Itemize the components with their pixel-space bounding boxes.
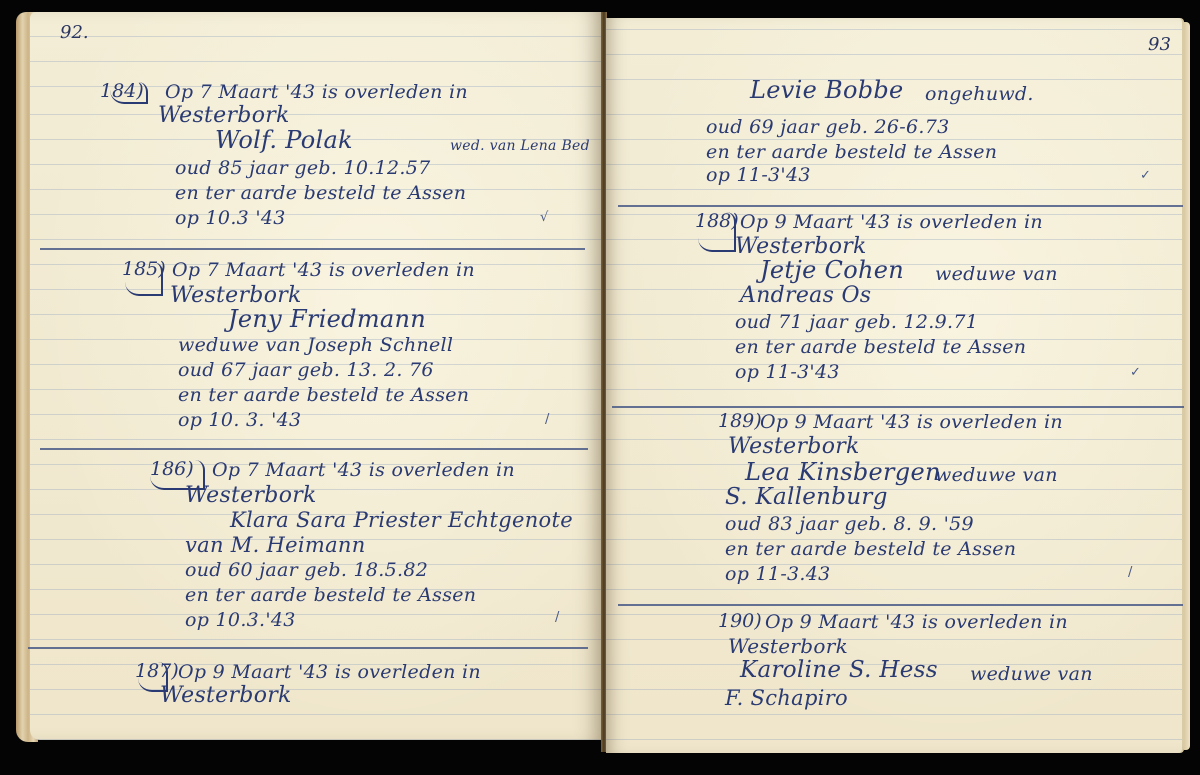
entry-line: en ter aarde besteld te Assen <box>185 583 476 608</box>
entry-line: en ter aarde besteld te Assen <box>706 140 997 165</box>
entry-bracket <box>125 262 163 296</box>
entry-divider <box>618 604 1183 606</box>
entry-line: Westerbork <box>160 683 292 708</box>
entry-line: op 11-3'43 <box>706 163 811 188</box>
deceased-name: Wolf. Polak <box>215 128 353 153</box>
spouse-name: S. Kallenburg <box>725 485 888 510</box>
deceased-name: Lea Kinsbergen <box>745 460 941 485</box>
check-mark-icon: √ <box>540 210 548 225</box>
entry-line: oud 67 jaar geb. 13. 2. 76 <box>178 358 434 383</box>
entry-divider <box>618 205 1183 207</box>
entry-bracket <box>110 82 148 104</box>
entry-line: Westerbork <box>728 434 860 459</box>
entry-line: oud 60 jaar geb. 18.5.82 <box>185 558 428 583</box>
right-page-edge <box>1184 22 1190 750</box>
entry-line: Op 9 Maart '43 is overleden in <box>178 660 481 685</box>
spouse-annotation: weduwe van <box>935 463 1058 488</box>
entry-divider <box>40 448 588 450</box>
entry-line: Westerbork <box>728 634 848 659</box>
spouse-annotation: weduwe van <box>970 662 1093 687</box>
entry-line: op 10. 3. '43 <box>178 408 301 433</box>
entry-line: weduwe van Joseph Schnell <box>178 333 453 358</box>
left-page-number: 92. <box>60 22 89 43</box>
marital-annotation: ongehuwd. <box>925 82 1034 107</box>
entry-line: Westerbork <box>185 483 317 508</box>
entry-line: Op 9 Maart '43 is overleden in <box>765 610 1068 635</box>
entry-line: oud 83 jaar geb. 8. 9. '59 <box>725 512 974 537</box>
entry-number: 189) <box>718 410 762 432</box>
entry-line: op 11-3'43 <box>735 360 840 385</box>
open-register-book: 92. 184) Op 7 Maart '43 is overleden in … <box>0 0 1200 775</box>
entry-line: Op 9 Maart '43 is overleden in <box>760 410 1063 435</box>
entry-line: op 11-3.43 <box>725 562 831 587</box>
entry-line: Op 9 Maart '43 is overleden in <box>740 210 1043 235</box>
entry-line: op 10.3 '43 <box>175 206 286 231</box>
entry-line: oud 85 jaar geb. 10.12.57 <box>175 156 431 181</box>
entry-line: oud 69 jaar geb. 26-6.73 <box>706 115 950 140</box>
entry-divider <box>28 647 588 649</box>
entry-divider <box>612 406 1184 408</box>
entry-number: 190) <box>718 610 762 632</box>
entry-line: Westerbork <box>158 103 290 128</box>
entry-line: en ter aarde besteld te Assen <box>725 537 1016 562</box>
deceased-name: Levie Bobbe <box>750 78 904 103</box>
entry-line: Op 7 Maart '43 is overleden in <box>172 258 475 283</box>
entry-line: op 10.3.'43 <box>185 608 296 633</box>
entry-line: van M. Heimann <box>185 533 366 558</box>
spouse-name: Andreas Os <box>740 283 871 308</box>
entry-line: oud 71 jaar geb. 12.9.71 <box>735 310 978 335</box>
right-page-number: 93 <box>1148 34 1171 55</box>
entry-line: en ter aarde besteld te Assen <box>175 181 466 206</box>
deceased-name: Jeny Friedmann <box>228 307 426 332</box>
entry-line: en ter aarde besteld te Assen <box>735 335 1026 360</box>
entry-line: Op 7 Maart '43 is overleden in <box>165 80 468 105</box>
entry-divider <box>40 248 585 250</box>
check-mark-icon: / <box>555 610 559 625</box>
deceased-name: Jetje Cohen <box>760 258 904 283</box>
spouse-annotation: wed. van Lena Bed <box>450 134 590 159</box>
deceased-name: Klara Sara Priester Echtgenote <box>230 508 573 533</box>
spouse-annotation: weduwe van <box>935 262 1058 287</box>
spouse-name: F. Schapiro <box>725 686 848 711</box>
entry-bracket <box>698 212 736 252</box>
check-mark-icon: ✓ <box>1140 168 1151 183</box>
check-mark-icon: / <box>545 412 549 427</box>
entry-line: en ter aarde besteld te Assen <box>178 383 469 408</box>
check-mark-icon: / <box>1128 565 1132 580</box>
deceased-name: Karoline S. Hess <box>740 658 938 683</box>
check-mark-icon: ✓ <box>1130 365 1141 380</box>
entry-line: Op 7 Maart '43 is overleden in <box>212 458 515 483</box>
